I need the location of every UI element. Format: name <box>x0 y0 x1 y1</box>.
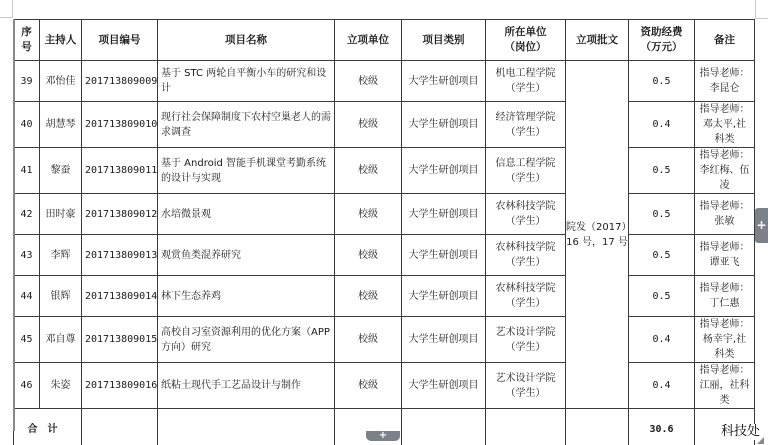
note-value: 张敏 <box>715 216 735 227</box>
dept-name: 机电工程学院 <box>496 68 556 79</box>
cell-code: 201713809011 <box>82 148 158 194</box>
dept-name: 农林科技学院 <box>496 201 556 212</box>
note-label: 指导老师： <box>700 319 750 330</box>
header-code: 项目编号 <box>82 20 158 61</box>
cell-category: 大学生研创项目 <box>402 235 486 276</box>
cell-leader: 朱姿 <box>40 363 82 409</box>
cell-fund: 0.5 <box>629 148 695 194</box>
cell-unit: 校级 <box>335 235 402 276</box>
note-label: 指导老师： <box>700 68 750 79</box>
table-row: 43 李辉 201713809013 观赏鱼类混养研究 校级 大学生研创项目 农… <box>14 235 755 276</box>
cell-category: 大学生研创项目 <box>402 61 486 102</box>
cell-unit: 校级 <box>335 363 402 409</box>
cell-name: 林下生态养鸡 <box>158 276 335 317</box>
cell-name: 基于 STC 两轮自平衡小车的研究和设计 <box>158 61 335 102</box>
header-name: 项目名称 <box>158 20 335 61</box>
table-header-row: 序号 主持人 项目编号 项目名称 立项单位 项目类别 所在单位（岗位） 立项批文… <box>14 20 755 61</box>
dept-name: 艺术设计学院 <box>496 327 556 338</box>
note-value: 谭亚飞 <box>710 257 740 268</box>
page-corner-mark <box>755 0 756 18</box>
cell-code: 201713809012 <box>82 194 158 235</box>
note-value: 李红梅、伍凌 <box>700 165 750 191</box>
cell-dept: 艺术设计学院（学生） <box>486 317 566 363</box>
cell-fund: 0.5 <box>629 235 695 276</box>
total-empty-cell <box>566 409 629 445</box>
dept-name: 艺术设计学院 <box>496 373 556 384</box>
cell-category: 大学生研创项目 <box>402 276 486 317</box>
cell-fund: 0.4 <box>629 317 695 363</box>
dept-name: 农林科技学院 <box>496 283 556 294</box>
footer-label: 科技处 <box>720 424 761 440</box>
cell-fund: 0.4 <box>629 102 695 148</box>
cell-name: 高校自习室资源利用的优化方案（APP 方向）研究 <box>158 317 335 363</box>
dept-role: （学生） <box>506 257 546 268</box>
total-empty-cell <box>402 409 486 445</box>
cell-name: 观赏鱼类混养研究 <box>158 235 335 276</box>
cell-fund: 0.5 <box>629 194 695 235</box>
dept-name: 经济管理学院 <box>496 112 556 123</box>
plus-icon: + <box>379 430 387 441</box>
cell-category: 大学生研创项目 <box>402 148 486 194</box>
header-fund-line2: （万元） <box>641 41 683 53</box>
note-label: 指导老师： <box>700 242 750 253</box>
total-label: 合计 <box>14 409 82 445</box>
dept-role: （学生） <box>506 83 546 94</box>
approval-line2: 16 号，17 号 <box>566 235 628 250</box>
cell-note: 指导老师：李昆仑 <box>695 61 755 102</box>
cell-leader: 银辉 <box>40 276 82 317</box>
cell-unit: 校级 <box>335 61 402 102</box>
cell-fund: 0.4 <box>629 363 695 409</box>
dept-role: （学生） <box>506 173 546 184</box>
cell-leader: 邓怡佳 <box>40 61 82 102</box>
cell-dept: 农林科技学院（学生） <box>486 235 566 276</box>
cell-name: 现行社会保障制度下农村空巢老人的需求调查 <box>158 102 335 148</box>
cell-note: 指导老师：邓太平,社科类 <box>695 102 755 148</box>
cell-note: 指导老师：江丽，社科类 <box>695 363 755 409</box>
cell-dept: 信息工程学院（学生） <box>486 148 566 194</box>
expand-table-bottom-button[interactable]: + <box>366 431 400 441</box>
total-empty-cell <box>486 409 566 445</box>
header-dept-line2: （岗位） <box>505 41 547 53</box>
cell-fund: 0.5 <box>629 61 695 102</box>
expand-table-right-button[interactable]: + <box>755 208 768 243</box>
resize-grip-icon[interactable] <box>757 437 764 444</box>
dept-role: （学生） <box>506 216 546 227</box>
cell-unit: 校级 <box>335 317 402 363</box>
cell-seq: 40 <box>14 102 40 148</box>
cell-dept: 艺术设计学院（学生） <box>486 363 566 409</box>
dept-role: （学生） <box>506 298 546 309</box>
total-empty-cell <box>82 409 158 445</box>
note-label: 指导老师： <box>700 104 750 115</box>
note-label: 指导老师： <box>700 201 750 212</box>
note-label: 指导老师： <box>700 283 750 294</box>
cell-approval: 院发（2017）16 号，17 号 <box>566 61 629 409</box>
total-empty-cell <box>158 409 335 445</box>
cell-dept: 农林科技学院（学生） <box>486 276 566 317</box>
cell-seq: 45 <box>14 317 40 363</box>
cell-leader: 黎蚕 <box>40 148 82 194</box>
table-left-border <box>13 19 15 431</box>
cell-leader: 李辉 <box>40 235 82 276</box>
cell-dept: 机电工程学院（学生） <box>486 61 566 102</box>
total-fund: 30.6 <box>629 409 695 445</box>
cell-category: 大学生研创项目 <box>402 363 486 409</box>
plus-icon: + <box>756 218 766 232</box>
note-value: 邓太平,社科类 <box>703 119 746 145</box>
cell-note: 指导老师：张敏 <box>695 194 755 235</box>
cell-note: 指导老师：杨幸宇,社科类 <box>695 317 755 363</box>
cell-name: 水培微景观 <box>158 194 335 235</box>
page-corner-mark <box>0 17 12 18</box>
cell-category: 大学生研创项目 <box>402 194 486 235</box>
cell-note: 指导老师：丁仁惠 <box>695 276 755 317</box>
note-label: 指导老师： <box>700 365 750 376</box>
cell-dept: 农林科技学院（学生） <box>486 194 566 235</box>
header-fund: 资助经费（万元） <box>629 20 695 61</box>
note-value: 丁仁惠 <box>710 298 740 309</box>
header-note: 备注 <box>695 20 755 61</box>
header-category: 项目类别 <box>402 20 486 61</box>
note-label: 指导老师： <box>700 150 750 161</box>
page-corner-mark <box>12 0 13 18</box>
header-fund-line1: 资助经费 <box>641 26 683 38</box>
cell-code: 201713809013 <box>82 235 158 276</box>
header-dept-line1: 所在单位 <box>505 26 547 38</box>
page-corner-mark <box>755 18 768 19</box>
cell-leader: 邓自尊 <box>40 317 82 363</box>
cell-note: 指导老师：谭亚飞 <box>695 235 755 276</box>
cell-seq: 39 <box>14 61 40 102</box>
cell-unit: 校级 <box>335 102 402 148</box>
cell-leader: 田时豪 <box>40 194 82 235</box>
table-row: 42 田时豪 201713809012 水培微景观 校级 大学生研创项目 农林科… <box>14 194 755 235</box>
cell-code: 201713809014 <box>82 276 158 317</box>
table-row: 40 胡慧琴 201713809010 现行社会保障制度下农村空巢老人的需求调查… <box>14 102 755 148</box>
cell-seq: 43 <box>14 235 40 276</box>
header-seq: 序号 <box>14 20 40 61</box>
cell-name: 纸粘土现代手工艺品设计与制作 <box>158 363 335 409</box>
cell-code: 201713809015 <box>82 317 158 363</box>
project-table: 序号 主持人 项目编号 项目名称 立项单位 项目类别 所在单位（岗位） 立项批文… <box>13 19 755 445</box>
table-row: 41 黎蚕 201713809011 基于 Android 智能手机课堂考勤系统… <box>14 148 755 194</box>
cell-note: 指导老师：李红梅、伍凌 <box>695 148 755 194</box>
cell-code: 201713809009 <box>82 61 158 102</box>
dept-role: （学生） <box>506 127 546 138</box>
header-approval: 立项批文 <box>566 20 629 61</box>
cell-dept: 经济管理学院（学生） <box>486 102 566 148</box>
note-value: 江丽，社科类 <box>700 380 750 406</box>
cell-leader: 胡慧琴 <box>40 102 82 148</box>
table-row: 44 银辉 201713809014 林下生态养鸡 校级 大学生研创项目 农林科… <box>14 276 755 317</box>
cell-name: 基于 Android 智能手机课堂考勤系统的设计与实现 <box>158 148 335 194</box>
approval-line1: 院发（2017） <box>566 220 628 235</box>
cell-code: 201713809016 <box>82 363 158 409</box>
header-leader: 主持人 <box>40 20 82 61</box>
cell-unit: 校级 <box>335 194 402 235</box>
dept-role: （学生） <box>506 342 546 353</box>
cell-category: 大学生研创项目 <box>402 317 486 363</box>
header-unit: 立项单位 <box>335 20 402 61</box>
table-row: 45 邓自尊 201713809015 高校自习室资源利用的优化方案（APP 方… <box>14 317 755 363</box>
note-value: 李昆仑 <box>710 83 740 94</box>
cell-unit: 校级 <box>335 276 402 317</box>
table-row: 46 朱姿 201713809016 纸粘土现代手工艺品设计与制作 校级 大学生… <box>14 363 755 409</box>
cell-seq: 44 <box>14 276 40 317</box>
header-dept: 所在单位（岗位） <box>486 20 566 61</box>
cell-fund: 0.5 <box>629 276 695 317</box>
cell-seq: 46 <box>14 363 40 409</box>
cell-seq: 41 <box>14 148 40 194</box>
cell-code: 201713809010 <box>82 102 158 148</box>
note-value: 杨幸宇,社科类 <box>703 334 746 360</box>
cell-seq: 42 <box>14 194 40 235</box>
dept-name: 农林科技学院 <box>496 242 556 253</box>
table-row: 39 邓怡佳 201713809009 基于 STC 两轮自平衡小车的研究和设计… <box>14 61 755 102</box>
cell-category: 大学生研创项目 <box>402 102 486 148</box>
dept-role: （学生） <box>506 388 546 399</box>
cell-unit: 校级 <box>335 148 402 194</box>
dept-name: 信息工程学院 <box>496 158 556 169</box>
